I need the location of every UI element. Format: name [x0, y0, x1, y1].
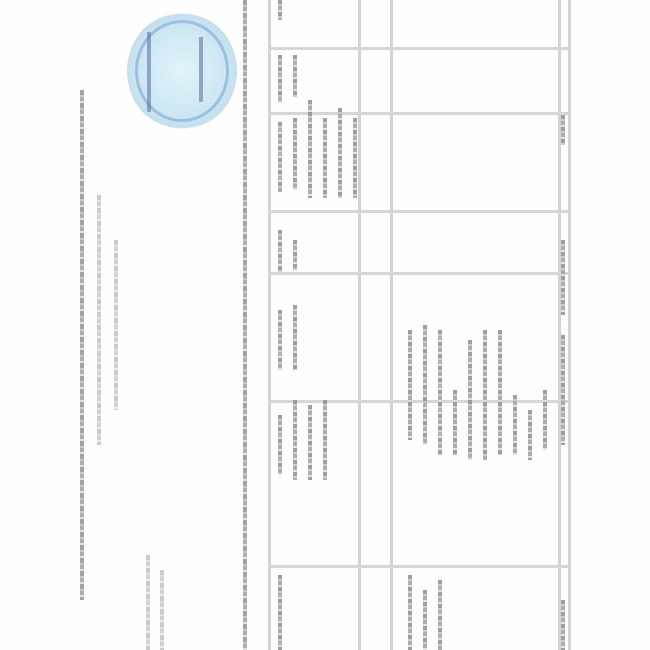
data-table	[268, 0, 570, 650]
table-cell	[293, 118, 297, 190]
table-row-divider	[268, 112, 570, 115]
table-cell	[353, 118, 357, 198]
table-cell	[408, 330, 412, 440]
signature-line	[160, 570, 164, 650]
table-cell	[278, 575, 282, 650]
table-cell	[498, 330, 502, 455]
official-seal-stamp	[127, 12, 237, 130]
table-cell	[543, 390, 547, 450]
table-border-right	[568, 0, 571, 650]
signature-line	[146, 555, 150, 650]
table-cell	[278, 310, 282, 370]
table-cell	[278, 415, 282, 475]
table-row-divider	[268, 565, 570, 568]
table-cell	[338, 108, 342, 198]
table-cell	[293, 55, 297, 97]
table-cell	[408, 575, 412, 650]
table-cell	[423, 325, 427, 445]
table-cell	[561, 600, 565, 650]
seal-ink-mark	[199, 37, 203, 102]
table-cell	[323, 400, 327, 480]
table-cell	[423, 590, 427, 650]
header-text-line	[97, 195, 101, 445]
table-cell	[308, 405, 312, 480]
table-cell	[278, 122, 282, 192]
table-cell	[438, 580, 442, 650]
table-cell	[483, 330, 487, 460]
table-column-divider	[558, 0, 561, 650]
table-cell	[513, 395, 517, 455]
table-column-divider	[390, 0, 393, 650]
seal-ink-mark	[147, 32, 151, 112]
scanned-document-page	[0, 0, 650, 650]
table-row-divider	[268, 210, 570, 213]
table-cell	[293, 400, 297, 480]
table-cell	[323, 118, 327, 198]
table-cell	[278, 55, 282, 103]
table-cell	[308, 100, 312, 198]
table-cell	[468, 340, 472, 460]
table-cell	[561, 115, 565, 145]
table-cell	[561, 240, 565, 315]
table-cell	[528, 410, 532, 460]
table-cell	[561, 335, 565, 445]
header-text-line	[114, 240, 118, 410]
table-row-divider	[268, 272, 570, 275]
table-border-left	[268, 0, 271, 650]
header-text-line	[80, 90, 84, 600]
table-row-divider	[268, 400, 570, 403]
table-cell	[438, 330, 442, 455]
table-cell	[278, 230, 282, 272]
title-text-line	[243, 0, 247, 650]
table-cell	[293, 305, 297, 370]
table-row-divider	[268, 47, 570, 50]
table-cell	[278, 0, 282, 20]
table-column-divider	[358, 0, 361, 650]
table-cell	[293, 240, 297, 270]
table-cell	[453, 390, 457, 455]
